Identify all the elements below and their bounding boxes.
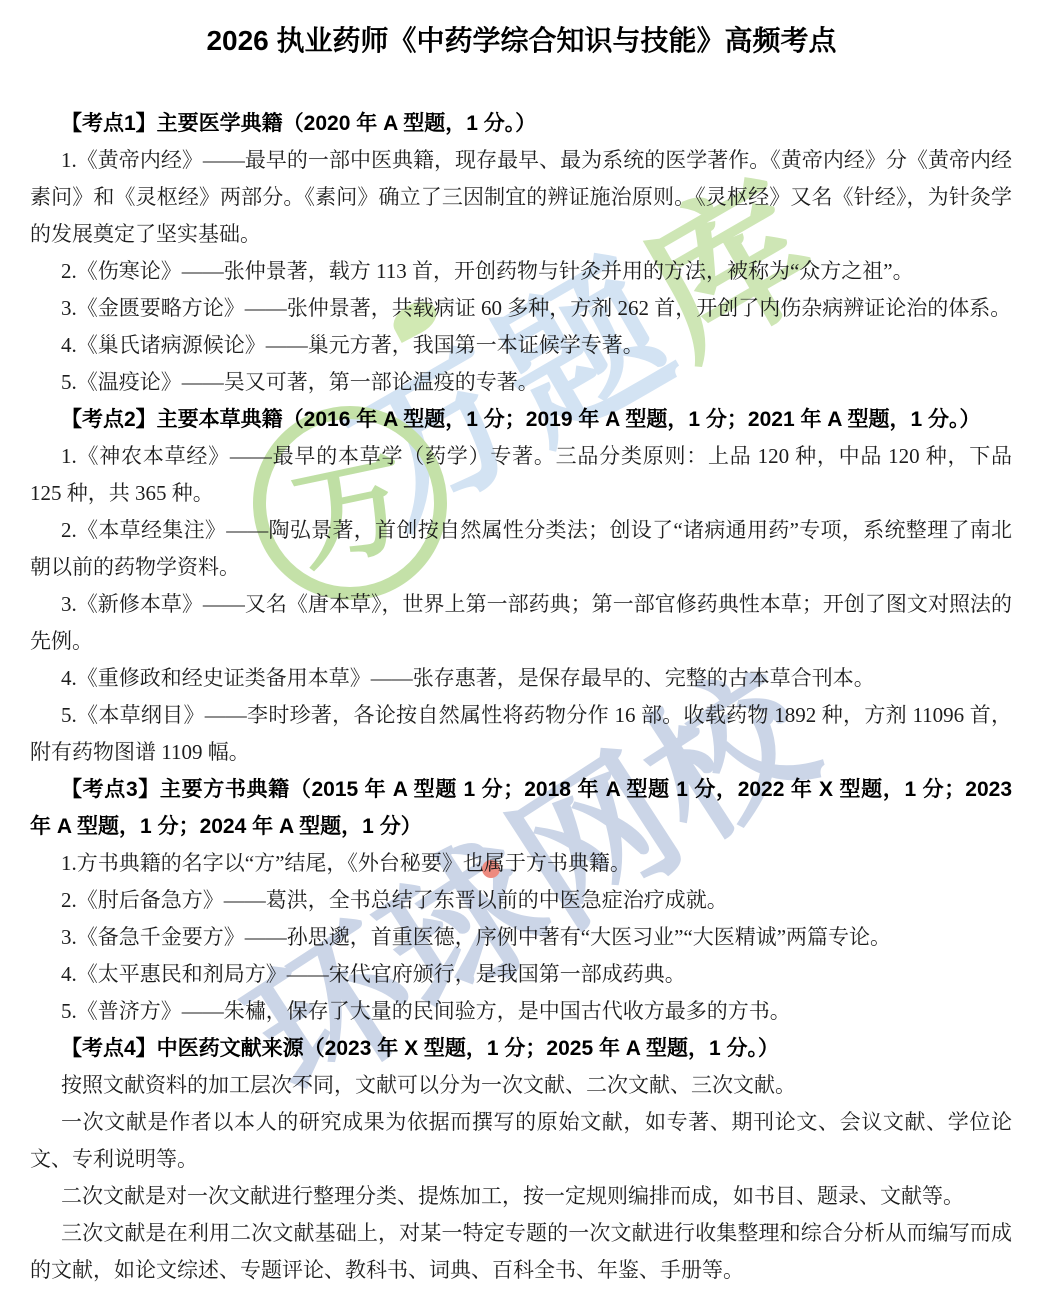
section-kaodian-2: 【考点2】主要本草典籍（2016 年 A 型题，1 分；2019 年 A 型题，… bbox=[30, 401, 1012, 771]
section-kaodian-4: 【考点4】中医药文献来源（2023 年 X 型题，1 分；2025 年 A 型题… bbox=[30, 1030, 1012, 1289]
document-body: 【考点1】主要医学典籍（2020 年 A 型题，1 分。） 1.《黄帝内经》——… bbox=[30, 105, 1012, 1289]
paragraph: 5.《温疫论》——吴又可著，第一部论温疫的专著。 bbox=[30, 364, 1012, 401]
paragraph: 2.《本草经集注》——陶弘景著，首创按自然属性分类法；创设了“诸病通用药”专项，… bbox=[30, 512, 1012, 586]
section-heading: 【考点2】主要本草典籍（2016 年 A 型题，1 分；2019 年 A 型题，… bbox=[30, 401, 1012, 438]
paragraph: 5.《本草纲目》——李时珍著，各论按自然属性将药物分作 16 部。收载药物 18… bbox=[30, 697, 1012, 771]
paragraph: 3.《备急千金要方》——孙思邈，首重医德，序例中著有“大医习业”“大医精诚”两篇… bbox=[30, 919, 1012, 956]
paragraph: 2.《伤寒论》——张仲景著，载方 113 首，开创药物与针灸并用的方法，被称为“… bbox=[30, 253, 1012, 290]
section-heading: 【考点1】主要医学典籍（2020 年 A 型题，1 分。） bbox=[30, 105, 1012, 142]
paragraph: 4.《巢氏诸病源候论》——巢元方著，我国第一本证候学专著。 bbox=[30, 327, 1012, 364]
paragraph: 1.《黄帝内经》——最早的一部中医典籍，现存最早、最为系统的医学著作。《黄帝内经… bbox=[30, 142, 1012, 253]
paragraph: 一次文献是作者以本人的研究成果为依据而撰写的原始文献，如专著、期刊论文、会议文献… bbox=[30, 1104, 1012, 1178]
section-heading: 【考点3】主要方书典籍（2015 年 A 型题 1 分；2018 年 A 型题 … bbox=[30, 771, 1012, 845]
paragraph: 1.方书典籍的名字以“方”结尾，《外台秘要》也属于方书典籍。 bbox=[30, 845, 1012, 882]
section-kaodian-3: 【考点3】主要方书典籍（2015 年 A 型题 1 分；2018 年 A 型题 … bbox=[30, 771, 1012, 1030]
paragraph: 5.《普济方》——朱橚，保存了大量的民间验方，是中国古代收方最多的方书。 bbox=[30, 993, 1012, 1030]
section-heading: 【考点4】中医药文献来源（2023 年 X 型题，1 分；2025 年 A 型题… bbox=[30, 1030, 1012, 1067]
paragraph: 按照文献资料的加工层次不同，文献可以分为一次文献、二次文献、三次文献。 bbox=[30, 1067, 1012, 1104]
paragraph: 3.《金匮要略方论》——张仲景著，共载病证 60 多种，方剂 262 首，开创了… bbox=[30, 290, 1012, 327]
paragraph: 4.《太平惠民和剂局方》——宋代官府颁行，是我国第一部成药典。 bbox=[30, 956, 1012, 993]
paragraph: 3.《新修本草》——又名《唐本草》，世界上第一部药典；第一部官修药典性本草；开创… bbox=[30, 586, 1012, 660]
document-page: 万题库 万 环球网校 2026 执业药师《中药学综合知识与技能》高频考点 【考点… bbox=[0, 0, 1043, 1300]
paragraph: 2.《肘后备急方》——葛洪，全书总结了东晋以前的中医急症治疗成就。 bbox=[30, 882, 1012, 919]
paragraph: 1.《神农本草经》——最早的本草学（药学）专著。三品分类原则：上品 120 种，… bbox=[30, 438, 1012, 512]
paragraph: 4.《重修政和经史证类备用本草》——张存惠著，是保存最早的、完整的古本草合刊本。 bbox=[30, 660, 1012, 697]
document-title: 2026 执业药师《中药学综合知识与技能》高频考点 bbox=[0, 0, 1043, 59]
paragraph: 二次文献是对一次文献进行整理分类、提炼加工，按一定规则编排而成，如书目、题录、文… bbox=[30, 1178, 1012, 1215]
paragraph: 三次文献是在利用二次文献基础上，对某一特定专题的一次文献进行收集整理和综合分析从… bbox=[30, 1215, 1012, 1289]
section-kaodian-1: 【考点1】主要医学典籍（2020 年 A 型题，1 分。） 1.《黄帝内经》——… bbox=[30, 105, 1012, 401]
